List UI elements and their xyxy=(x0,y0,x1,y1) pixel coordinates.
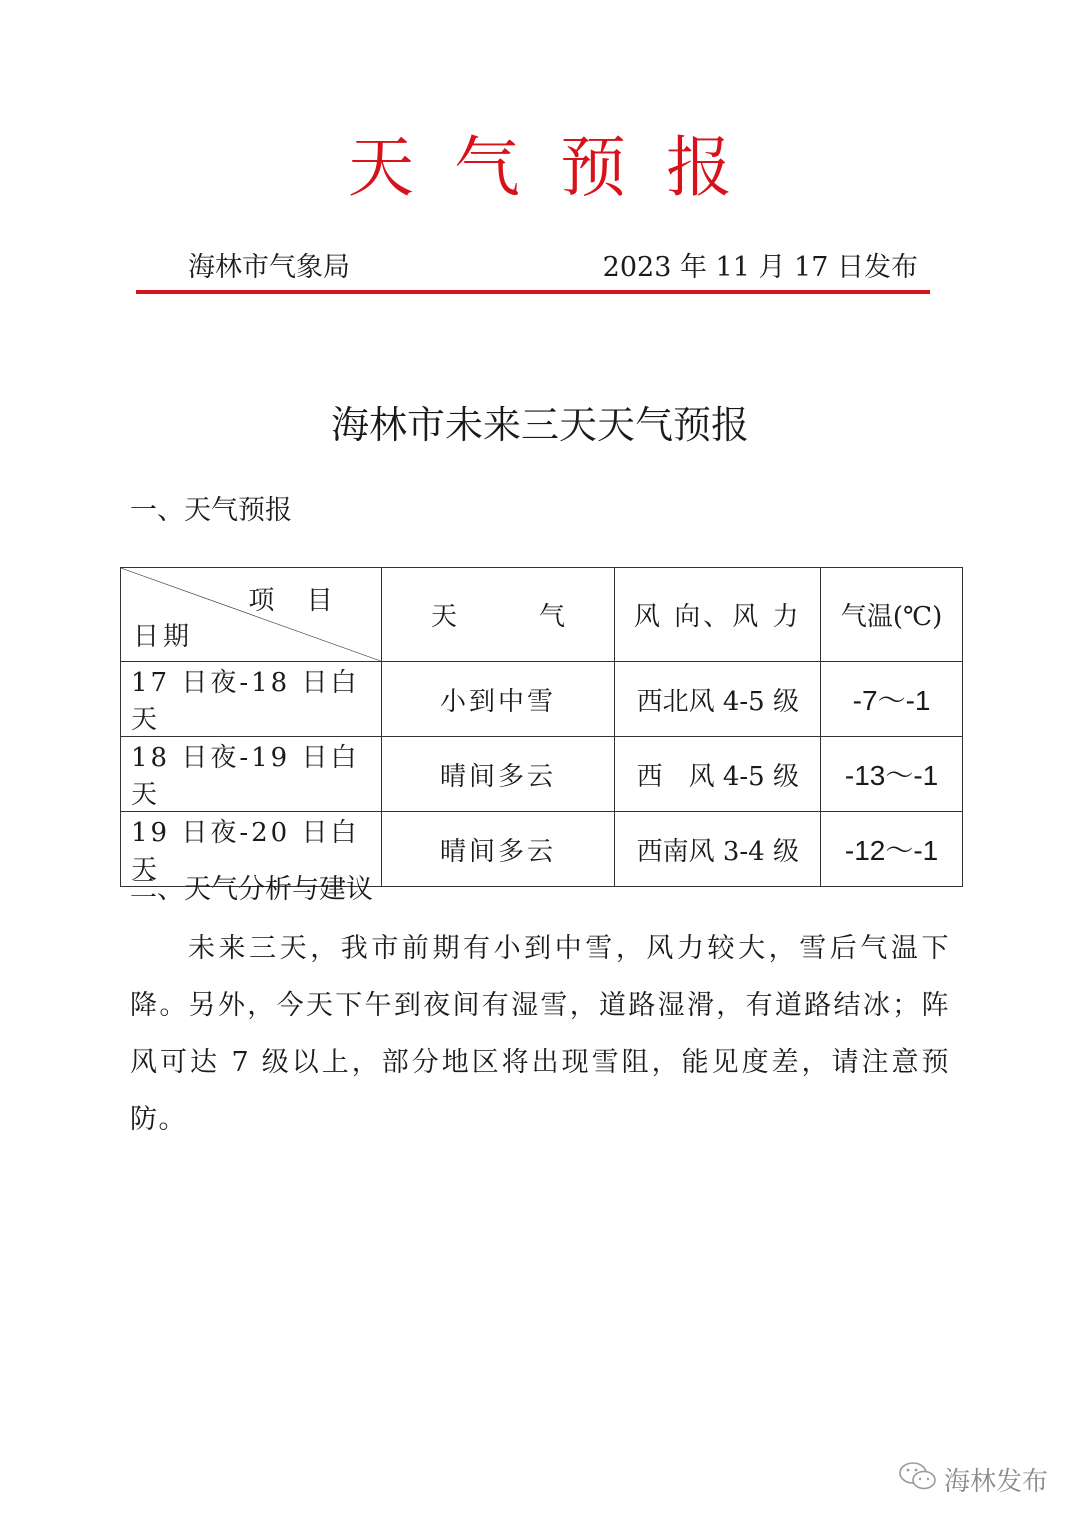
publish-date: 2023 年 11 月 17 日发布 xyxy=(603,250,918,286)
temperature-cell: -7～-1 xyxy=(821,662,963,737)
issuer-name: 海林市气象局 xyxy=(188,250,350,286)
weather-cell: 晴间多云 xyxy=(381,737,615,812)
period-cell: 17 日夜-18 日白天 xyxy=(121,662,382,737)
table-header-row: 项 目 日期 天 气 风 向、风 力 气温(℃) xyxy=(121,568,963,662)
corner-date-label: 日期 xyxy=(133,616,193,653)
watermark: 海林发布 xyxy=(898,1460,1048,1499)
temperature-cell: -12～-1 xyxy=(821,812,963,887)
corner-header-cell: 项 目 日期 xyxy=(121,568,382,662)
corner-item-label: 项 目 xyxy=(248,580,344,617)
red-divider xyxy=(136,290,930,294)
red-masthead-title: 天气预报 xyxy=(0,128,1080,208)
column-header-weather: 天 气 xyxy=(381,568,615,662)
temperature-cell: -13～-1 xyxy=(821,737,963,812)
column-header-wind: 风 向、风 力 xyxy=(615,568,821,662)
wind-cell: 西北风 4-5 级 xyxy=(615,662,821,737)
wechat-icon xyxy=(898,1460,938,1499)
table-row: 18 日夜-19 日白天 晴间多云 西 风 4-5 级 -13～-1 xyxy=(121,737,963,812)
weather-cell: 晴间多云 xyxy=(381,812,615,887)
wind-cell: 西 风 4-5 级 xyxy=(615,737,821,812)
document-title: 海林市未来三天天气预报 xyxy=(0,400,1080,450)
table-row: 17 日夜-18 日白天 小到中雪 西北风 4-5 级 -7～-1 xyxy=(121,662,963,737)
weather-cell: 小到中雪 xyxy=(381,662,615,737)
period-cell: 18 日夜-19 日白天 xyxy=(121,737,382,812)
watermark-label: 海林发布 xyxy=(944,1461,1048,1498)
analysis-paragraph: 未来三天，我市前期有小到中雪，风力较大，雪后气温下降。另外，今天下午到夜间有湿雪… xyxy=(130,920,950,1148)
forecast-table: 项 目 日期 天 气 风 向、风 力 气温(℃) 17 日夜-18 日白天 小到… xyxy=(120,567,963,887)
section-heading-analysis: 二、天气分析与建议 xyxy=(130,872,373,908)
wind-cell: 西南风 3-4 级 xyxy=(615,812,821,887)
column-header-temperature: 气温(℃) xyxy=(821,568,963,662)
section-heading-forecast: 一、天气预报 xyxy=(130,493,292,529)
